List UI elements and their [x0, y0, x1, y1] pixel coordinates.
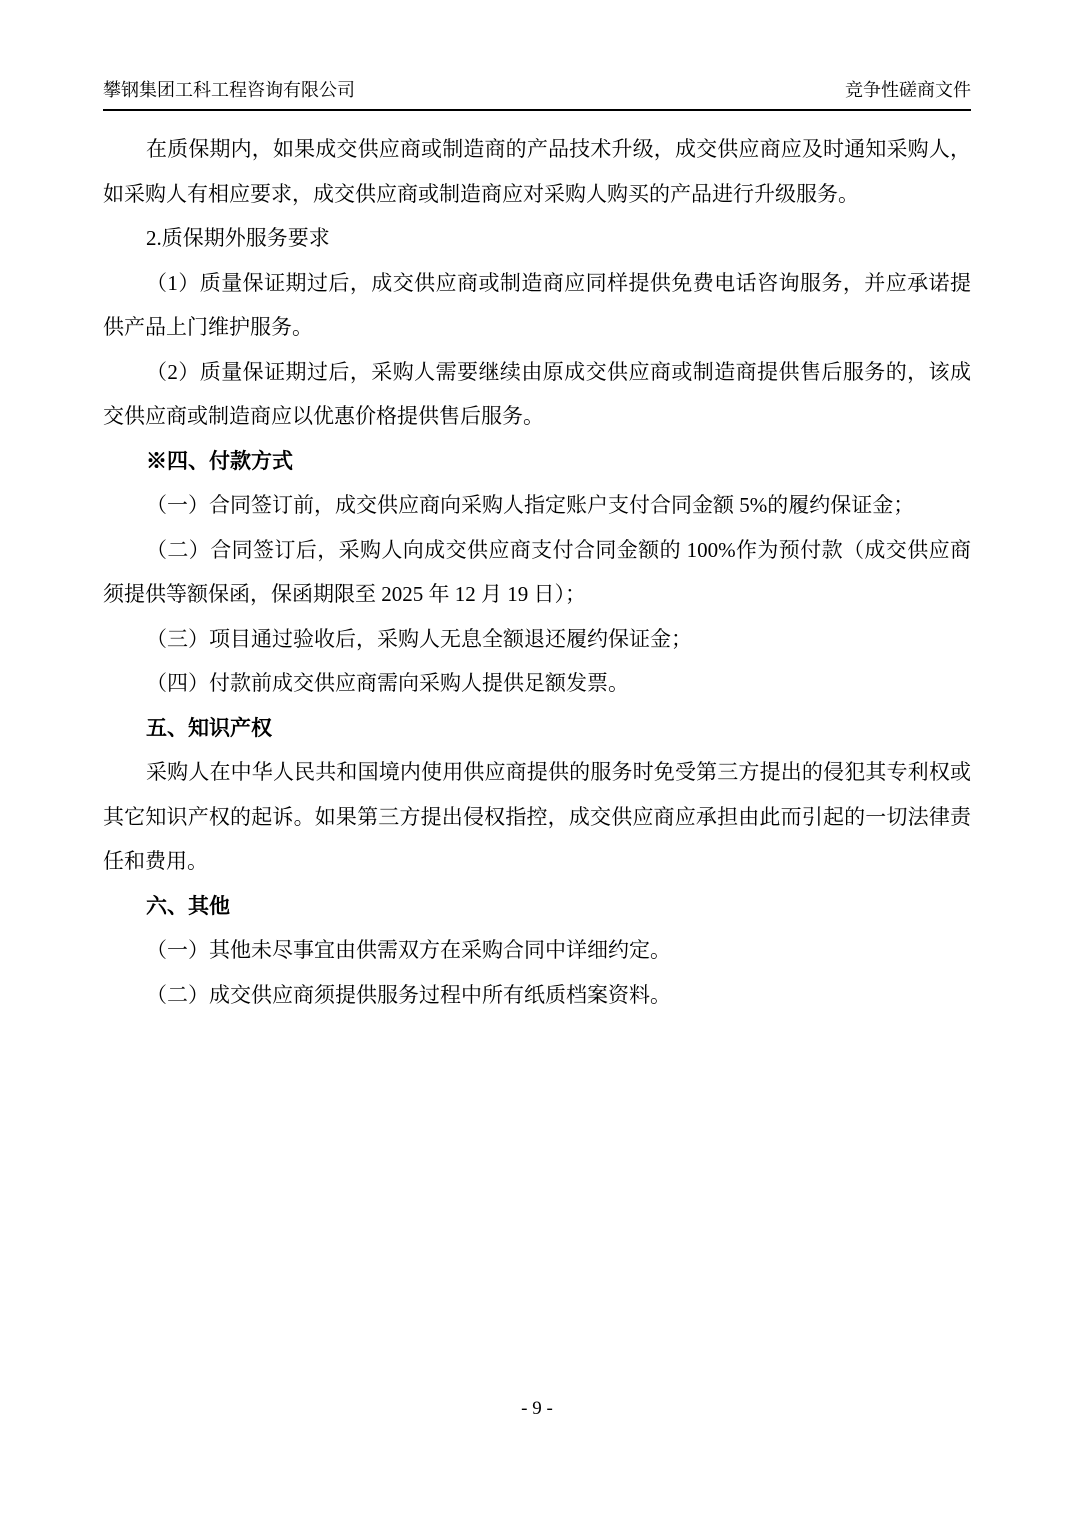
others-item-1: （一）其他未尽事宜由供需双方在采购合同中详细约定。 — [103, 928, 971, 973]
others-item-2: （二）成交供应商须提供服务过程中所有纸质档案资料。 — [103, 973, 971, 1018]
paragraph-item-1: （1）质量保证期过后，成交供应商或制造商应同样提供免费电话咨询服务，并应承诺提供… — [103, 261, 971, 350]
paragraph-warranty-upgrade: 在质保期内，如果成交供应商或制造商的产品技术升级，成交供应商应及时通知采购人，如… — [103, 127, 971, 216]
payment-item-3: （三）项目通过验收后，采购人无息全额退还履约保证金； — [103, 617, 971, 662]
page-footer: - 9 - — [0, 1396, 1074, 1422]
document-body: 在质保期内，如果成交供应商或制造商的产品技术升级，成交供应商应及时通知采购人，如… — [103, 127, 971, 1017]
document-page: 攀钢集团工科工程咨询有限公司 竞争性磋商文件 在质保期内，如果成交供应商或制造商… — [0, 0, 1074, 1520]
payment-item-4: （四）付款前成交供应商需向采购人提供足额发票。 — [103, 661, 971, 706]
section-heading-intellectual-property: 五、知识产权 — [103, 706, 971, 751]
page-number: - 9 - — [521, 1398, 553, 1419]
paragraph-intellectual-property: 采购人在中华人民共和国境内使用供应商提供的服务时免受第三方提出的侵犯其专利权或其… — [103, 750, 971, 884]
payment-item-1: （一）合同签订前，成交供应商向采购人指定账户支付合同金额 5%的履约保证金； — [103, 483, 971, 528]
section-heading-others: 六、其他 — [103, 884, 971, 929]
header-company-name: 攀钢集团工科工程咨询有限公司 — [103, 78, 355, 102]
section-heading-payment-method: ※四、付款方式 — [103, 439, 971, 484]
paragraph-item-2: （2）质量保证期过后，采购人需要继续由原成交供应商或制造商提供售后服务的，该成交… — [103, 350, 971, 439]
header-doc-type: 竞争性磋商文件 — [845, 78, 971, 102]
payment-item-2: （二）合同签订后，采购人向成交供应商支付合同金额的 100%作为预付款（成交供应… — [103, 528, 971, 617]
page-header: 攀钢集团工科工程咨询有限公司 竞争性磋商文件 — [103, 78, 971, 111]
subheading-out-of-warranty-service: 2.质保期外服务要求 — [103, 216, 971, 261]
